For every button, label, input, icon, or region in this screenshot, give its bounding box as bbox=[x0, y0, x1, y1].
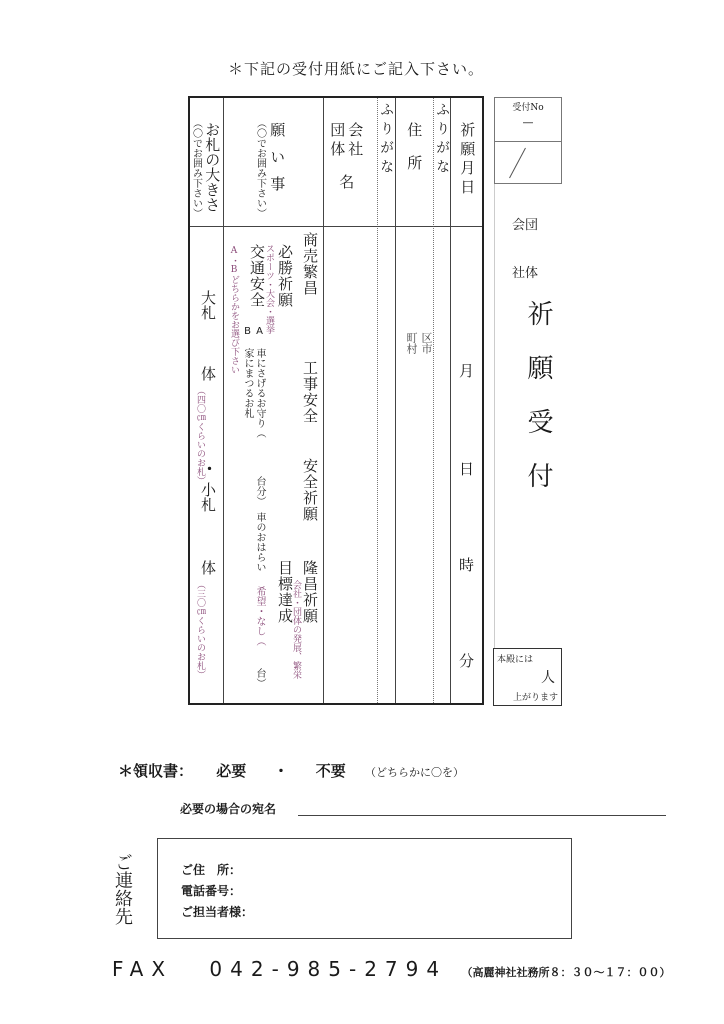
column-divider bbox=[433, 98, 434, 703]
contact-heading: ご連絡先 bbox=[112, 853, 132, 925]
receipt-request-row: ＊領収書： 必要 ・ 不要 （どちらかに〇を） bbox=[118, 760, 464, 781]
visitors-suffix: 上がります bbox=[513, 690, 558, 703]
contact-address-field[interactable]: ご住 所： bbox=[181, 861, 241, 878]
header-wish: 願い事 bbox=[268, 122, 285, 203]
header-org-line2: 名 bbox=[337, 174, 354, 189]
panel-title-prayer-reception: 祈願受付 bbox=[512, 300, 564, 516]
instruction-text: ＊下記の受付用紙にご記入下さい。 bbox=[228, 58, 484, 79]
addressee-label: 必要の場合の宛名 bbox=[180, 800, 276, 817]
date-month: 月 bbox=[459, 360, 474, 381]
contact-phone-field[interactable]: 電話番号： bbox=[181, 882, 241, 899]
charm-small-count[interactable]: 体 bbox=[198, 560, 219, 575]
car-purification-end: 台） bbox=[252, 668, 267, 688]
receipt-option-not-required[interactable]: 不要 bbox=[316, 760, 346, 781]
wish-safety-prayer[interactable]: 安全祈願 bbox=[300, 458, 321, 522]
date-day: 日 bbox=[459, 458, 474, 479]
column-divider bbox=[223, 98, 224, 703]
addressee-field[interactable] bbox=[298, 815, 666, 816]
traffic-option-a-end: 台分） bbox=[252, 476, 267, 506]
receipt-slash bbox=[509, 148, 526, 178]
header-divider bbox=[190, 226, 482, 227]
receipt-number-box: 受付No — bbox=[494, 97, 562, 184]
header-date: 祈願月日 bbox=[458, 122, 475, 198]
wish-construction-safety[interactable]: 工事安全 bbox=[300, 360, 321, 424]
header-org-line1: 会社 bbox=[346, 122, 363, 160]
receipt-number-label: 受付No bbox=[495, 100, 561, 113]
contact-box: ご住 所： 電話番号： ご担当者様： bbox=[157, 838, 572, 939]
address-town-village: 町村 bbox=[403, 332, 419, 354]
header-furigana-address: ふりがな bbox=[434, 102, 450, 178]
car-purification-option[interactable]: 希望・なし（ bbox=[252, 586, 267, 646]
column-divider bbox=[450, 98, 451, 703]
contact-person-field[interactable]: ご担当者様： bbox=[181, 903, 253, 920]
charm-small[interactable]: 小札 bbox=[198, 482, 219, 512]
wish-victory[interactable]: 必勝祈願 bbox=[275, 244, 296, 308]
receipt-number-value: — bbox=[495, 116, 561, 129]
header-furigana-org: ふりがな bbox=[378, 102, 394, 178]
charm-large-count[interactable]: 体 bbox=[198, 366, 219, 381]
fax-office-hours: （高麗神社社務所８：３０～１７：００） bbox=[461, 966, 670, 979]
charm-small-note: （三〇㎝くらいのお札） bbox=[194, 580, 207, 679]
receipt-note: （どちらかに〇を） bbox=[365, 764, 464, 780]
wish-corporate-prosperity[interactable]: 隆昌祈願 bbox=[300, 560, 321, 624]
fax-number: 042-985-2794 bbox=[209, 957, 447, 981]
car-purification[interactable]: 車のおはらい bbox=[252, 512, 267, 572]
traffic-choice-note: A・Bどちらかをお選び下さい bbox=[228, 246, 241, 374]
panel-title-org-b: 社体 bbox=[512, 262, 538, 281]
receipt-option-dot: ・ bbox=[274, 760, 289, 781]
fax-label: FAX bbox=[112, 957, 173, 981]
column-divider bbox=[377, 98, 378, 703]
header-org-line1b: 団体 bbox=[328, 122, 345, 160]
prayer-form-table: 祈願月日 ふりがな 住所 ふりがな 会社 団体 名 願い事 （〇でお囲み下さい）… bbox=[188, 96, 484, 705]
wish-traffic-safety[interactable]: 交通安全 bbox=[247, 244, 268, 308]
visitors-box: 本殿には 人 上がります bbox=[493, 648, 562, 706]
header-address: 住所 bbox=[405, 122, 422, 188]
address-ward-city: 区市 bbox=[418, 332, 434, 354]
wish-goal-achievement[interactable]: 目標達成 bbox=[275, 560, 296, 624]
visitors-unit: 人 bbox=[541, 667, 555, 687]
date-hour: 時 bbox=[459, 554, 474, 575]
receipt-divider bbox=[495, 141, 561, 142]
visitors-label: 本殿には bbox=[497, 652, 533, 665]
fax-row: FAX 042-985-2794 （高麗神社社務所８：３０～１７：００） bbox=[112, 957, 670, 981]
date-minute: 分 bbox=[459, 650, 474, 671]
charm-separator: ・ bbox=[202, 458, 217, 479]
traffic-option-b[interactable]: B 家にまつるお札 bbox=[240, 326, 255, 418]
header-charm-size: お札の大きさ bbox=[203, 122, 220, 212]
header-charm-size-note: （〇でお囲み下さい） bbox=[190, 118, 202, 218]
wish-business-prosperity[interactable]: 商売繁昌 bbox=[300, 232, 321, 296]
receipt-label: ＊領収書： bbox=[118, 760, 193, 781]
header-wish-note: （〇でお囲み下さい） bbox=[254, 118, 266, 218]
panel-title-org-a: 会団 bbox=[512, 214, 538, 233]
panel-border bbox=[494, 184, 495, 648]
charm-large[interactable]: 大札 bbox=[198, 290, 219, 320]
column-divider bbox=[395, 98, 396, 703]
receipt-option-required[interactable]: 必要 bbox=[216, 760, 246, 781]
column-divider bbox=[323, 98, 324, 703]
